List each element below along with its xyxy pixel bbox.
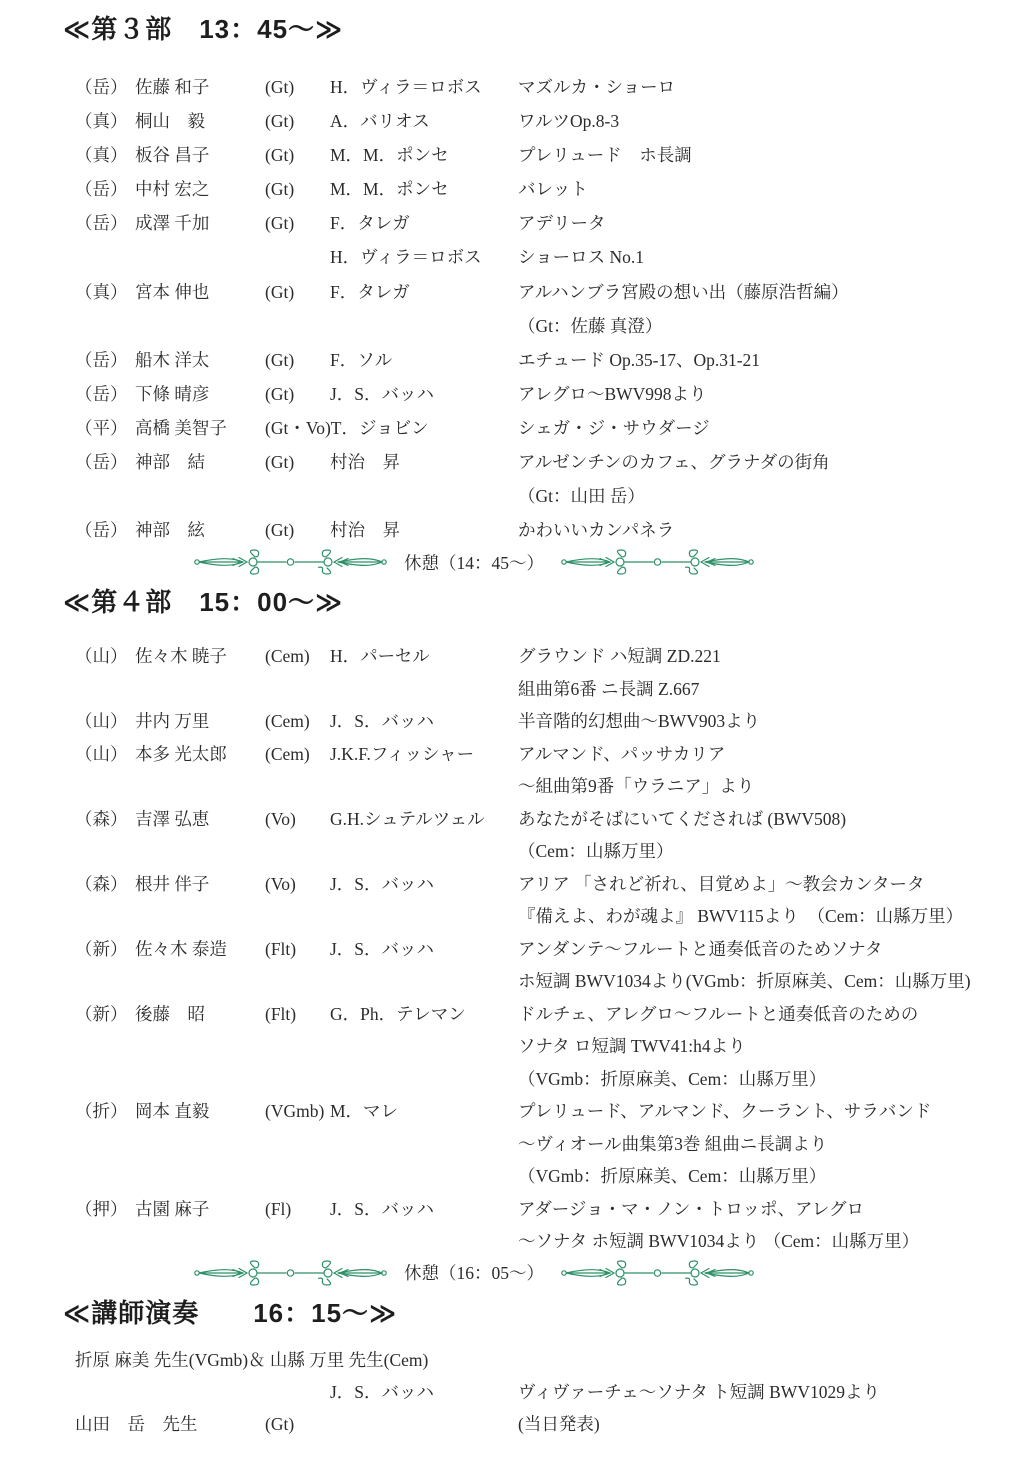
performer-name: 船木 洋太 [135, 343, 265, 377]
composer: M．マレ [330, 1095, 398, 1128]
piece-title: （Gt：佐藤 真澄） [518, 309, 662, 343]
instrument: (Gt) [265, 445, 330, 479]
composer: J．S．バッハ [330, 705, 434, 738]
performer-mark: （押） [75, 1193, 135, 1226]
program-row: ～ヴィオール曲集第3巻 組曲ニ長調より [0, 1128, 1026, 1161]
performer-mark: （山） [75, 738, 135, 771]
performer-name: 井内 万里 [135, 705, 265, 738]
program-row: （岳）中村 宏之(Gt)M．M．ポンセバレット [0, 172, 1026, 206]
piece-title: （VGmb：折原麻美、Cem：山縣万里） [518, 1063, 826, 1096]
composer: H．パーセル [330, 640, 430, 673]
program-section: ≪第３部 13：45～≫（岳）佐藤 和子(Gt)H．ヴィラ＝ロボスマズルカ・ショ… [0, 12, 1026, 577]
piece-title: アリア 「されど祈れ、目覚めよ」～教会カンタータ [518, 868, 925, 901]
piece-title: エチュード Op.35-17、Op.31-21 [518, 343, 760, 377]
program-row: （押）古園 麻子(Fl)J．S．バッハアダージョ・マ・ノン・トロッポ、アレグロ [0, 1193, 1026, 1226]
section-heading: ≪講師演奏 16：15～≫ [63, 1296, 1026, 1330]
intermission-divider: 休憩（16：05～） [193, 1258, 1026, 1288]
program-row: （VGmb：折原麻美、Cem：山縣万里） [0, 1063, 1026, 1096]
performer-name: 成澤 千加 [135, 206, 265, 240]
performer-name: 根井 伴子 [135, 868, 265, 901]
program-row: （VGmb：折原麻美、Cem：山縣万里） [0, 1160, 1026, 1193]
program-row: （岳）神部 結(Gt)村治 昇アルゼンチンのカフェ、グラナダの街角 [0, 445, 1026, 479]
piece-title: 『備えよ、わが魂よ』 BWV115より （Cem：山縣万里） [518, 900, 963, 933]
performer-mark: （新） [75, 933, 135, 966]
program-row: （岳）船木 洋太(Gt)F．ソルエチュード Op.35-17、Op.31-21 [0, 343, 1026, 377]
composer: J．S．バッハ [330, 1193, 434, 1226]
piece-title: アンダンテ～フルートと通奏低音のためソナタ [518, 933, 882, 966]
performer-mark: （森） [75, 868, 135, 901]
program-row: 山田 岳 先生(Gt)(当日発表) [0, 1408, 1026, 1440]
performer-mark: （岳） [75, 445, 135, 479]
program-row: （森）根井 伴子(Vo)J．S．バッハアリア 「されど祈れ、目覚めよ」～教会カン… [0, 868, 1026, 901]
program-row: ～ソナタ ホ短調 BWV1034より （Cem：山縣万里） [0, 1225, 1026, 1258]
program-row: （山）井内 万里(Cem)J．S．バッハ半音階的幻想曲～BWV903より [0, 705, 1026, 738]
program-row: （Gt：山田 岳） [0, 479, 1026, 513]
piece-title: プレリュード、アルマンド、クーラント、サラバンド [518, 1095, 931, 1128]
performer-name: 宮本 伸也 [135, 275, 265, 309]
instrument: (Vo) [265, 868, 330, 901]
performer-name: 中村 宏之 [135, 172, 265, 206]
instrument: (Gt・Vo) [265, 411, 331, 445]
composer: A．バリオス [330, 104, 430, 138]
intermission-label: 休憩（14：45～） [404, 550, 544, 575]
program-row: 組曲第6番 ニ長調 Z.667 [0, 673, 1026, 706]
composer: F．タレガ [330, 275, 410, 309]
program-row: （山）佐々木 暁子(Cem)H．パーセルグラウンド ハ短調 ZD.221 [0, 640, 1026, 673]
composer: M．M．ポンセ [330, 172, 449, 206]
performer-name: 神部 結 [135, 445, 265, 479]
instrument: (Cem) [265, 738, 330, 771]
piece-title: ～組曲第9番「ウラニア」より [518, 770, 754, 803]
instrument: (Gt) [265, 513, 330, 547]
performer-mark: （山） [75, 640, 135, 673]
performer-name: 古園 麻子 [135, 1193, 265, 1226]
piece-title: かわいいカンパネラ [518, 513, 674, 547]
piece-title: （VGmb：折原麻美、Cem：山縣万里） [518, 1160, 826, 1193]
piece-title: ホ短調 BWV1034より(VGmb：折原麻美、Cem：山縣万里) [518, 965, 971, 998]
piece-title: (当日発表) [518, 1408, 600, 1440]
piece-title: （Cem：山縣万里） [518, 835, 674, 868]
instrument: (Gt) [265, 275, 330, 309]
program-row: （折）岡本 直毅(VGmb)M．マレプレリュード、アルマンド、クーラント、サラバ… [0, 1095, 1026, 1128]
program-row: 折原 麻美 先生(VGmb)＆ 山縣 万里 先生(Cem) [0, 1344, 1026, 1376]
program-row: H．ヴィラ＝ロボスショーロス No.1 [0, 240, 1026, 274]
performer-mark: （岳） [75, 206, 135, 240]
program-row: （真）宮本 伸也(Gt)F．タレガアルハンブラ宮殿の想い出（藤原浩哲編） [0, 275, 1026, 309]
instrument: (Gt) [265, 138, 330, 172]
program-row: （山）本多 光太郎(Cem)J.K.F.フィッシャーアルマンド、パッサカリア [0, 738, 1026, 771]
performer-mark: （真） [75, 275, 135, 309]
composer: 村治 昇 [330, 445, 400, 479]
performer-name: 本多 光太郎 [135, 738, 265, 771]
performer-mark: （真） [75, 104, 135, 138]
program-row: （岳）神部 絃(Gt)村治 昇かわいいカンパネラ [0, 513, 1026, 547]
instrument: (Flt) [265, 933, 330, 966]
section-heading: ≪第４部 15：00～≫ [63, 585, 1026, 619]
composer: H．ヴィラ＝ロボス [330, 70, 482, 104]
instrument: (VGmb) [265, 1095, 330, 1128]
program-row: （Cem：山縣万里） [0, 835, 1026, 868]
performer-mark: （真） [75, 138, 135, 172]
composer: J.K.F.フィッシャー [330, 738, 474, 771]
composer: J．S．バッハ [330, 868, 434, 901]
piece-title: 組曲第6番 ニ長調 Z.667 [518, 673, 699, 706]
program-row: （森）吉澤 弘恵(Vo)G.H.シュテルツェルあなたがそばにいてくだされば (B… [0, 803, 1026, 836]
performer-mark: （岳） [75, 377, 135, 411]
instrument: (Gt) [265, 172, 330, 206]
instrument: (Cem) [265, 705, 330, 738]
program-section: ≪第４部 15：00～≫（山）佐々木 暁子(Cem)H．パーセルグラウンド ハ短… [0, 585, 1026, 1288]
piece-title: ドルチェ、アレグロ～フルートと通奏低音のための [518, 998, 918, 1031]
teacher-line: 折原 麻美 先生(VGmb)＆ 山縣 万里 先生(Cem) [75, 1344, 428, 1376]
performer-name: 佐藤 和子 [135, 70, 265, 104]
performer-name: 岡本 直毅 [135, 1095, 265, 1128]
performer-mark: （岳） [75, 343, 135, 377]
instrument: (Gt) [265, 104, 330, 138]
composer: F．タレガ [330, 206, 410, 240]
performer-name: 佐々木 暁子 [135, 640, 265, 673]
piece-title: アルハンブラ宮殿の想い出（藤原浩哲編） [518, 275, 849, 309]
flourish-ornament-icon [560, 1260, 755, 1286]
piece-title: プレリュード ホ長調 [518, 138, 692, 172]
instrument: (Gt) [265, 377, 330, 411]
program-row: ソナタ ロ短調 TWV41:h4より [0, 1030, 1026, 1063]
piece-title: アルゼンチンのカフェ、グラナダの街角 [518, 445, 830, 479]
composer: 村治 昇 [330, 513, 400, 547]
piece-title: ヴィヴァーチェ～ソナタ ト短調 BWV1029より [518, 1376, 880, 1408]
program-section: ≪講師演奏 16：15～≫折原 麻美 先生(VGmb)＆ 山縣 万里 先生(Ce… [0, 1296, 1026, 1440]
performer-name: 板谷 昌子 [135, 138, 265, 172]
performer-mark: （岳） [75, 70, 135, 104]
flourish-ornament-icon [193, 549, 388, 575]
piece-title: マズルカ・ショーロ [518, 70, 675, 104]
section-heading: ≪第３部 13：45～≫ [63, 12, 1026, 46]
program-row: （真）桐山 毅(Gt)A．バリオスワルツOp.8-3 [0, 104, 1026, 138]
performer-name: 佐々木 泰造 [135, 933, 265, 966]
composer: M．M．ポンセ [330, 138, 449, 172]
piece-title: アデリータ [518, 206, 606, 240]
composer: G．Ph．テレマン [330, 998, 466, 1031]
flourish-ornament-icon [560, 549, 755, 575]
performer-name: 下條 晴彦 [135, 377, 265, 411]
performer-mark: （折） [75, 1095, 135, 1128]
program-row: （岳）成澤 千加(Gt)F．タレガアデリータ [0, 206, 1026, 240]
instrument: (Fl) [265, 1193, 330, 1226]
instrument: (Vo) [265, 803, 330, 836]
instrument: (Gt) [265, 206, 330, 240]
program-row: （岳）下條 晴彦(Gt)J．S．バッハアレグロ～BWV998より [0, 377, 1026, 411]
piece-title: 半音階的幻想曲～BWV903より [518, 705, 760, 738]
composer: J．S．バッハ [330, 1376, 434, 1408]
program-row: （真）板谷 昌子(Gt)M．M．ポンセプレリュード ホ長調 [0, 138, 1026, 172]
intermission-label: 休憩（16：05～） [404, 1260, 544, 1285]
performer-mark: （新） [75, 998, 135, 1031]
program-row: （新）後藤 昭(Flt)G．Ph．テレマンドルチェ、アレグロ～フルートと通奏低音… [0, 998, 1026, 1031]
performer-name: 後藤 昭 [135, 998, 265, 1031]
program-row: （新）佐々木 泰造(Flt)J．S．バッハアンダンテ～フルートと通奏低音のためソ… [0, 933, 1026, 966]
instrument: (Gt) [265, 343, 330, 377]
instrument: (Flt) [265, 998, 330, 1031]
program-row: 『備えよ、わが魂よ』 BWV115より （Cem：山縣万里） [0, 900, 1026, 933]
teacher-line: 山田 岳 先生 [75, 1408, 265, 1440]
piece-title: アレグロ～BWV998より [518, 377, 707, 411]
piece-title: あなたがそばにいてくだされば (BWV508) [518, 803, 846, 836]
composer: T．ジョビン [331, 411, 429, 445]
program-row: ～組曲第9番「ウラニア」より [0, 770, 1026, 803]
performer-name: 高橋 美智子 [135, 411, 265, 445]
piece-title: バレット [518, 172, 588, 206]
performer-name: 神部 絃 [135, 513, 265, 547]
program-row: （岳）佐藤 和子(Gt)H．ヴィラ＝ロボスマズルカ・ショーロ [0, 70, 1026, 104]
program-row: J．S．バッハヴィヴァーチェ～ソナタ ト短調 BWV1029より [0, 1376, 1026, 1408]
flourish-ornament-icon [193, 1260, 388, 1286]
instrument: (Cem) [265, 640, 330, 673]
piece-title: ワルツOp.8-3 [518, 104, 619, 138]
program-row: （Gt：佐藤 真澄） [0, 309, 1026, 343]
piece-title: ショーロス No.1 [518, 240, 644, 274]
composer: J．S．バッハ [330, 933, 434, 966]
performer-name: 吉澤 弘恵 [135, 803, 265, 836]
composer: F．ソル [330, 343, 392, 377]
performer-name: 桐山 毅 [135, 104, 265, 138]
program-row: （平）高橋 美智子(Gt・Vo)T．ジョビンシェガ・ジ・サウダージ [0, 411, 1026, 445]
composer: G.H.シュテルツェル [330, 803, 485, 836]
performer-mark: （岳） [75, 172, 135, 206]
intermission-divider: 休憩（14：45～） [193, 547, 1026, 577]
piece-title: アダージョ・マ・ノン・トロッポ、アレグロ [518, 1193, 864, 1226]
piece-title: ～ヴィオール曲集第3巻 組曲ニ長調より [518, 1128, 827, 1161]
performer-mark: （森） [75, 803, 135, 836]
instrument: (Gt) [265, 70, 330, 104]
piece-title: ～ソナタ ホ短調 BWV1034より （Cem：山縣万里） [518, 1225, 919, 1258]
composer: H．ヴィラ＝ロボス [330, 240, 482, 274]
performer-mark: （岳） [75, 513, 135, 547]
piece-title: ソナタ ロ短調 TWV41:h4より [518, 1030, 746, 1063]
concert-program: ≪第３部 13：45～≫（岳）佐藤 和子(Gt)H．ヴィラ＝ロボスマズルカ・ショ… [0, 0, 1026, 1440]
performer-mark: （平） [75, 411, 135, 445]
program-row: ホ短調 BWV1034より(VGmb：折原麻美、Cem：山縣万里) [0, 965, 1026, 998]
performer-mark: （山） [75, 705, 135, 738]
piece-title: アルマンド、パッサカリア [518, 738, 725, 771]
instrument: (Gt) [265, 1408, 330, 1440]
piece-title: （Gt：山田 岳） [518, 479, 645, 513]
piece-title: シェガ・ジ・サウダージ [518, 411, 710, 445]
piece-title: グラウンド ハ短調 ZD.221 [518, 640, 721, 673]
composer: J．S．バッハ [330, 377, 434, 411]
